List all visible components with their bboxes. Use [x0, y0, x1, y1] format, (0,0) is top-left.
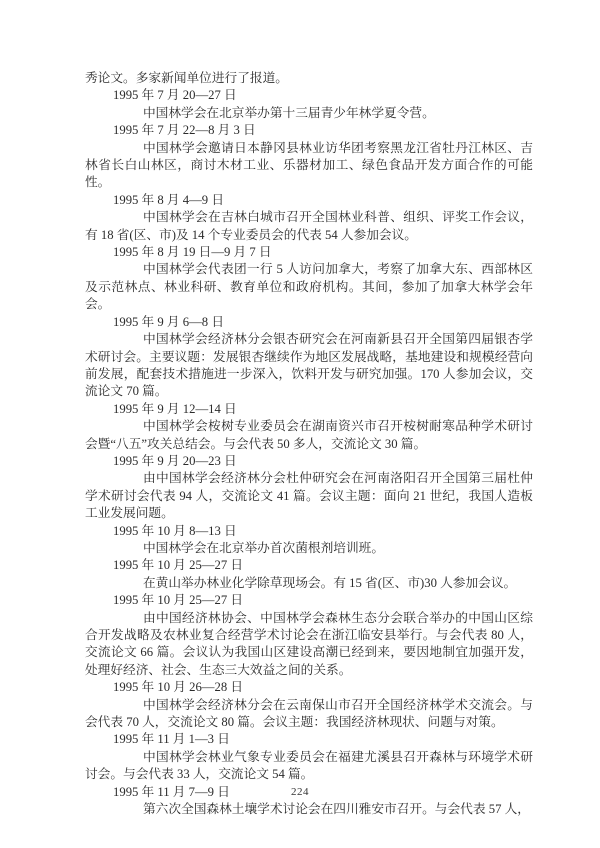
page-number: 224: [0, 786, 600, 798]
event-date: 1995 年 9 月 20—23 日: [85, 453, 533, 470]
event-body: 由中国林学会经济林分会杜仲研究会在河南洛阳召开全国第三届杜仲学术研讨会代表 94…: [85, 470, 533, 522]
event-entry: 1995 年 11 月 1—3 日 中国林学会林业气象专业委员会在福建尤溪县召开…: [85, 731, 533, 783]
event-body: 中国林学会在北京举办首次菌根剂培训班。: [85, 540, 533, 557]
event-entry: 1995 年 7 月 20—27 日 中国林学会在北京举办第十三届青少年林学夏令…: [85, 87, 533, 122]
text-block: 秀论文。多家新闻单位进行了报道。 1995 年 7 月 20—27 日 中国林学…: [85, 70, 533, 818]
event-body: 第六次全国森林土壤学术讨论会在四川雅安市召开。与会代表 57 人，: [85, 801, 533, 818]
event-entry: 1995 年 10 月 26—28 日 中国林学会经济林分会在云南保山市召开全国…: [85, 679, 533, 731]
event-body: 中国林学会代表团一行 5 人访问加拿大，考察了加拿大东、西部林区及示范林点、林业…: [85, 261, 533, 313]
event-body: 中国林学会桉树专业委员会在湖南资兴市召开桉树耐寒品种学术研讨会暨“八五”攻关总结…: [85, 418, 533, 453]
event-date: 1995 年 8 月 4—9 日: [85, 192, 533, 209]
event-entry: 1995 年 8 月 19 日—9 月 7 日 中国林学会代表团一行 5 人访问…: [85, 244, 533, 314]
event-entry: 1995 年 9 月 12—14 日 中国林学会桉树专业委员会在湖南资兴市召开桉…: [85, 401, 533, 453]
event-entry: 1995 年 10 月 25—27 日 在黄山举办林业化学除草现场会。有 15 …: [85, 557, 533, 592]
event-body: 中国林学会林业气象专业委员会在福建尤溪县召开森林与环境学术研讨会。与会代表 33…: [85, 749, 533, 784]
event-date: 1995 年 10 月 25—27 日: [85, 557, 533, 574]
event-body: 中国林学会在北京举办第十三届青少年林学夏令营。: [85, 105, 533, 122]
event-date: 1995 年 7 月 22—8 月 3 日: [85, 122, 533, 139]
event-date: 1995 年 9 月 6—8 日: [85, 314, 533, 331]
event-entry: 1995 年 10 月 25—27 日 由中国经济林协会、中国林学会森林生态分会…: [85, 592, 533, 679]
event-date: 1995 年 10 月 8—13 日: [85, 523, 533, 540]
event-body: 中国林学会邀请日本静冈县林业访华团考察黑龙江省牡丹江林区、吉林省长白山林区，商讨…: [85, 140, 533, 192]
event-body: 中国林学会经济林分会银杏研究会在河南新县召开全国第四届银杏学术研讨会。主要议题：…: [85, 331, 533, 401]
event-entry: 1995 年 9 月 6—8 日 中国林学会经济林分会银杏研究会在河南新县召开全…: [85, 314, 533, 401]
event-entry: 1995 年 10 月 8—13 日 中国林学会在北京举办首次菌根剂培训班。: [85, 523, 533, 558]
event-date: 1995 年 10 月 25—27 日: [85, 592, 533, 609]
document-page: 秀论文。多家新闻单位进行了报道。 1995 年 7 月 20—27 日 中国林学…: [0, 0, 600, 848]
event-body: 中国林学会在吉林白城市召开全国林业科普、组织、评奖工作会议，有 18 省(区、市…: [85, 209, 533, 244]
intro-paragraph: 秀论文。多家新闻单位进行了报道。: [85, 70, 533, 87]
event-date: 1995 年 8 月 19 日—9 月 7 日: [85, 244, 533, 261]
event-date: 1995 年 10 月 26—28 日: [85, 679, 533, 696]
event-entry: 1995 年 8 月 4—9 日 中国林学会在吉林白城市召开全国林业科普、组织、…: [85, 192, 533, 244]
event-body: 中国林学会经济林分会在云南保山市召开全国经济林学术交流会。与会代表 70 人，交…: [85, 697, 533, 732]
event-date: 1995 年 9 月 12—14 日: [85, 401, 533, 418]
event-body: 在黄山举办林业化学除草现场会。有 15 省(区、市)30 人参加会议。: [85, 575, 533, 592]
event-date: 1995 年 11 月 1—3 日: [85, 731, 533, 748]
event-entry: 1995 年 7 月 22—8 月 3 日 中国林学会邀请日本静冈县林业访华团考…: [85, 122, 533, 192]
event-body: 由中国经济林协会、中国林学会森林生态分会联合举办的中国山区综合开发战略及农林业复…: [85, 610, 533, 680]
event-entry: 1995 年 9 月 20—23 日 由中国林学会经济林分会杜仲研究会在河南洛阳…: [85, 453, 533, 523]
event-date: 1995 年 7 月 20—27 日: [85, 87, 533, 104]
